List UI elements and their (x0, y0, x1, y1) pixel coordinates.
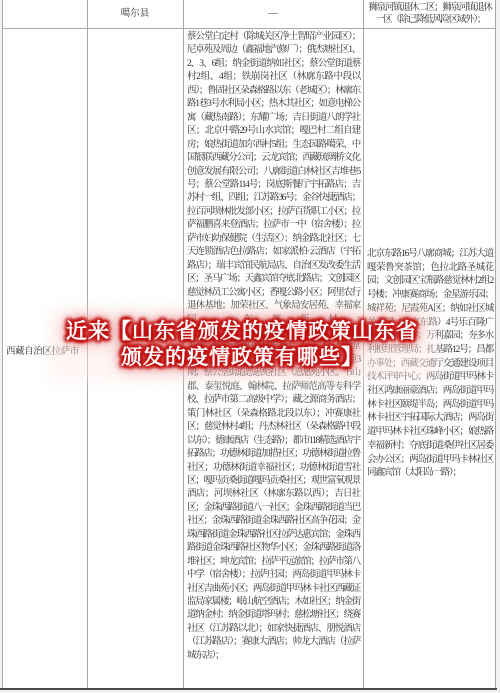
cell-county-top: 噶尔县 (88, 0, 182, 28)
caption-line-1: 近来【山东省颁发的疫情政策山东省 (55, 319, 429, 345)
cell-area-list-top: 狮泉河镇退休二区；狮泉河镇退休一区（除已降低风险区域外）； (366, 3, 494, 27)
document-page: 噶尔县 — 狮泉河镇退休二区；狮泉河镇退休一区（除已降低风险区域外）； 西藏自治… (0, 0, 500, 693)
caption-line-2: 颁发的疫情政策有哪些】 (55, 345, 429, 371)
table-gridline (2, 28, 495, 29)
table-gridline (495, 0, 496, 689)
page-bottom-edge (0, 688, 497, 690)
red-caption-overlay: 近来【山东省颁发的疫情政策山东省 颁发的疫情政策有哪些】 (55, 316, 429, 374)
table-gridline (2, 0, 3, 689)
cell-dash: — (184, 0, 362, 28)
